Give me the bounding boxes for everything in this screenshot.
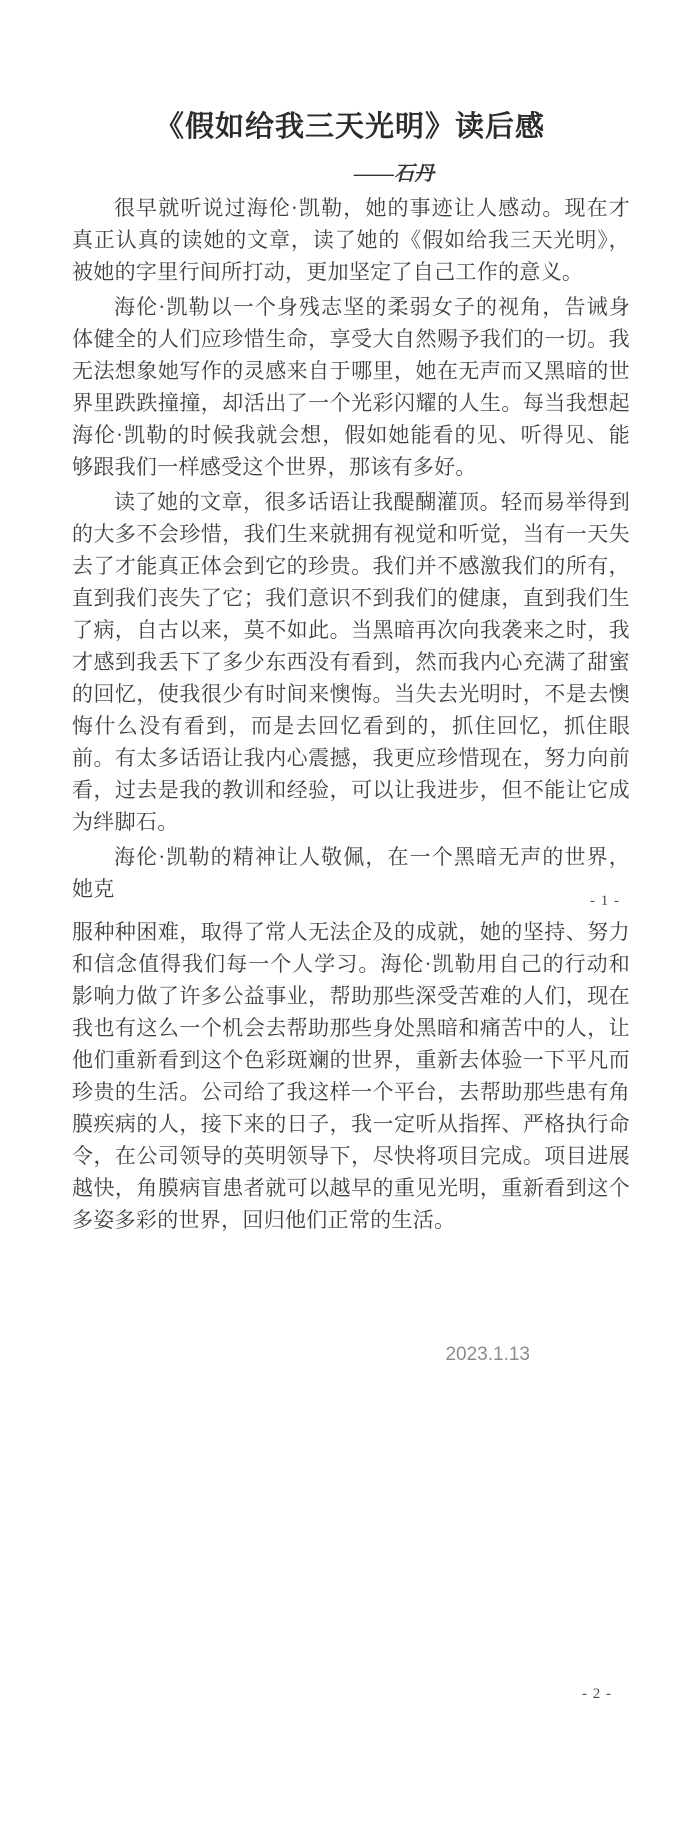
paragraph: 海伦·凯勒的精神让人敬佩，在一个黑暗无声的世界，她克: [72, 841, 630, 905]
page2-body: 服种种困难，取得了常人无法企及的成就，她的坚持、努力和信念值得我们每一个人学习。…: [72, 916, 630, 1239]
document-date: 2023.1.13: [445, 1344, 530, 1366]
document-page-view: 《假如给我三天光明》读后感 ——石丹 很早就听说过海伦·凯勒，她的事迹让人感动。…: [0, 0, 700, 1827]
paragraph: 很早就听说过海伦·凯勒，她的事迹让人感动。现在才真正认真的读她的文章，读了她的《…: [72, 192, 630, 288]
page-number-2: - 2 -: [582, 1686, 612, 1703]
paragraph-continuation: 服种种困难，取得了常人无法企及的成就，她的坚持、努力和信念值得我们每一个人学习。…: [72, 916, 630, 1236]
paragraph: 读了她的文章，很多话语让我醍醐灌顶。轻而易举得到的大多不会珍惜，我们生来就拥有视…: [72, 486, 630, 838]
page1-body: 很早就听说过海伦·凯勒，她的事迹让人感动。现在才真正认真的读她的文章，读了她的《…: [0, 186, 700, 905]
page-title: 《假如给我三天光明》读后感: [0, 0, 700, 145]
author-line: ——石丹: [44, 157, 700, 186]
page-number-1: - 1 -: [590, 893, 620, 910]
paragraph: 海伦·凯勒以一个身残志坚的柔弱女子的视角，告诫身体健全的人们应珍惜生命，享受大自…: [72, 291, 630, 483]
